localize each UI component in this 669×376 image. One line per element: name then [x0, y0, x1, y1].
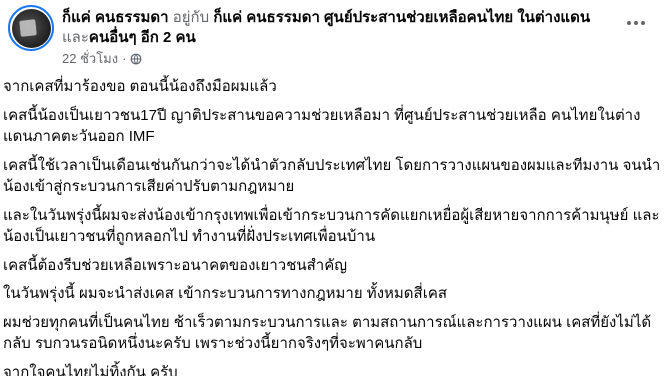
more-options-button[interactable] [623, 13, 649, 33]
post-byline: ก็แค่ คนธรรมดา อยู่กับ ก็แค่ คนธรรมดา ศู… [62, 8, 609, 48]
tagged-page-link[interactable]: ก็แค่ คนธรรมดา ศูนย์ประสานช่วยเหลือคนไทย… [213, 9, 590, 26]
avatar[interactable] [8, 5, 54, 51]
post-paragraph: เคสนี้น้องเป็นเยาวชน17ปี ญาติประสานขอควา… [3, 105, 663, 148]
post-header: ก็แค่ คนธรรมดา อยู่กับ ก็แค่ คนธรรมดา ศู… [0, 0, 669, 67]
author-link[interactable]: ก็แค่ คนธรรมดา [62, 9, 169, 26]
post-paragraph: ในวันพรุ่งนี้ ผมจะนำส่งเคส เข้ากระบวนการ… [3, 283, 663, 305]
post-paragraph: ผมช่วยทุกคนที่เป็นคนไทย ช้าเร็วตามกระบวน… [3, 312, 663, 355]
post-paragraph: จากใจคนไทยไม่ทิ้งกัน ครับ [3, 362, 663, 376]
post-body: จากเคสที่มาร้องขอ ตอนนี้น้องถึงมือผมแล้ว… [0, 67, 669, 376]
post-header-text: ก็แค่ คนธรรมดา อยู่กับ ก็แค่ คนธรรมดา ศู… [62, 5, 609, 67]
ellipsis-dot [627, 21, 631, 25]
globe-icon [130, 53, 142, 65]
avatar-photo [12, 9, 51, 48]
ellipsis-dot [634, 21, 638, 25]
post-paragraph: และในวันพรุ่งนี้ผมจะส่งน้องเข้ากรุงเทพเพ… [3, 205, 663, 248]
timestamp-link[interactable]: 22 ชั่วโมง [62, 51, 118, 67]
facebook-post: ก็แค่ คนธรรมดา อยู่กับ ก็แค่ คนธรรมดา ศู… [0, 0, 669, 376]
ellipsis-dot [641, 21, 645, 25]
post-paragraph: จากเคสที่มาร้องขอ ตอนนี้น้องถึงมือผมแล้ว [3, 76, 663, 98]
post-paragraph: เคสนี้ต้องรีบช่วยเหลือเพราะอนาคตของเยาวช… [3, 255, 663, 277]
with-label: อยู่กับ [173, 9, 209, 26]
and-label: และ [62, 29, 89, 46]
others-link[interactable]: คนอื่นๆ อีก 2 คน [89, 29, 196, 46]
post-meta: 22 ชั่วโมง · [62, 51, 609, 67]
meta-separator: · [122, 51, 126, 67]
post-paragraph: เคสนี้ใช้เวลาเป็นเดือนเช่นกันกว่าจะได้นำ… [3, 155, 663, 198]
